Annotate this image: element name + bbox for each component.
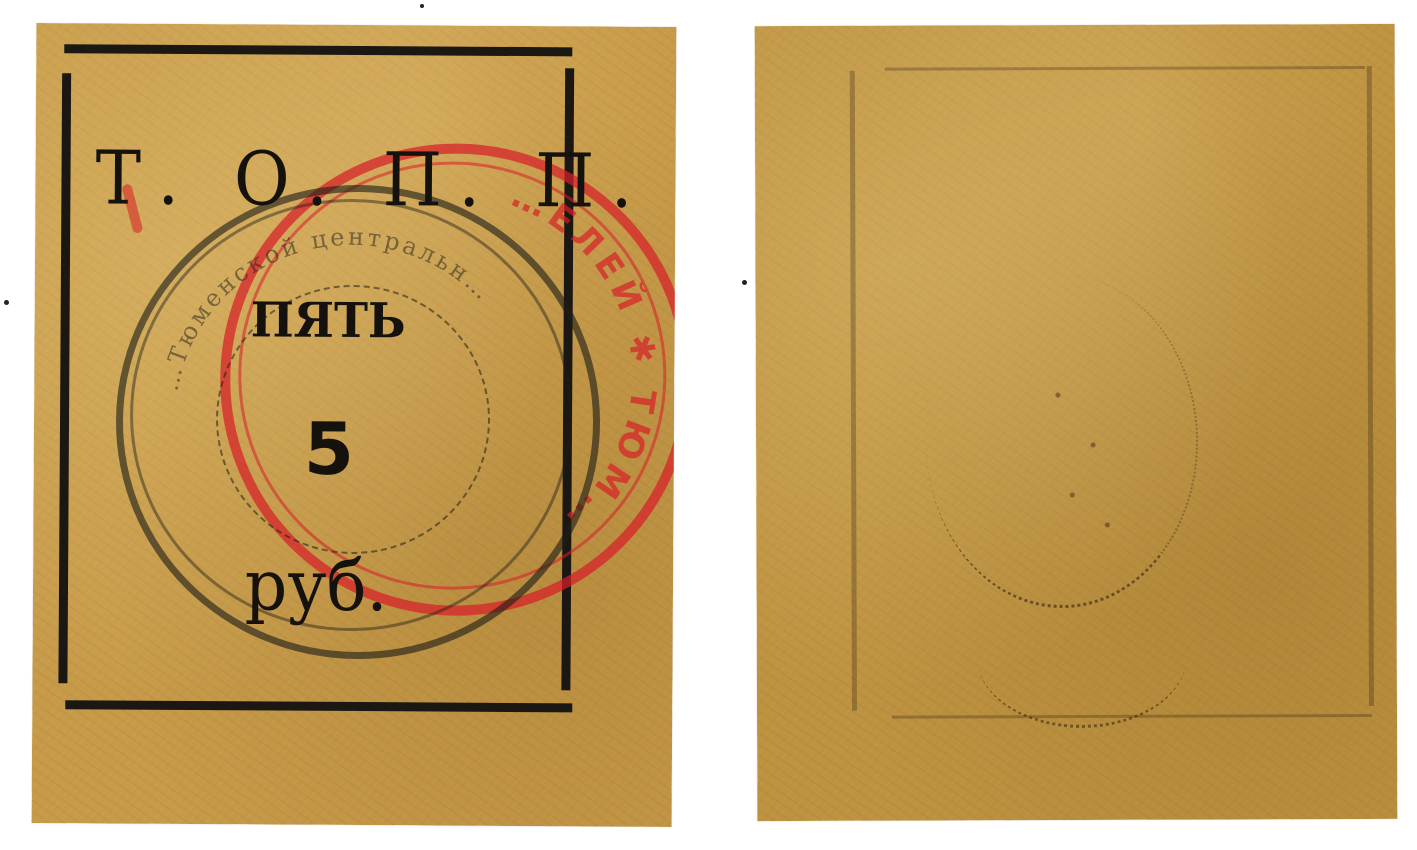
denomination-word: ПЯТЬ	[251, 292, 406, 349]
denomination-digit: 5	[304, 407, 355, 491]
banknote-front: …ЕЛЕЙ ✱ ТЮМ… …Тюменской центральн… Т. О.…	[32, 23, 677, 827]
scan-speck	[742, 280, 747, 285]
issuer-title: Т. О. П. П.	[95, 135, 649, 224]
currency-label: руб.	[245, 544, 388, 627]
banknote-back	[755, 24, 1398, 821]
scan-speck	[420, 4, 424, 8]
show-through-ink-dots	[1016, 355, 1157, 555]
scan-speck	[4, 300, 9, 305]
scan-page: …ЕЛЕЙ ✱ ТЮМ… …Тюменской центральн… Т. О.…	[0, 0, 1417, 850]
show-through-stamp-lower-arc	[977, 585, 1187, 729]
